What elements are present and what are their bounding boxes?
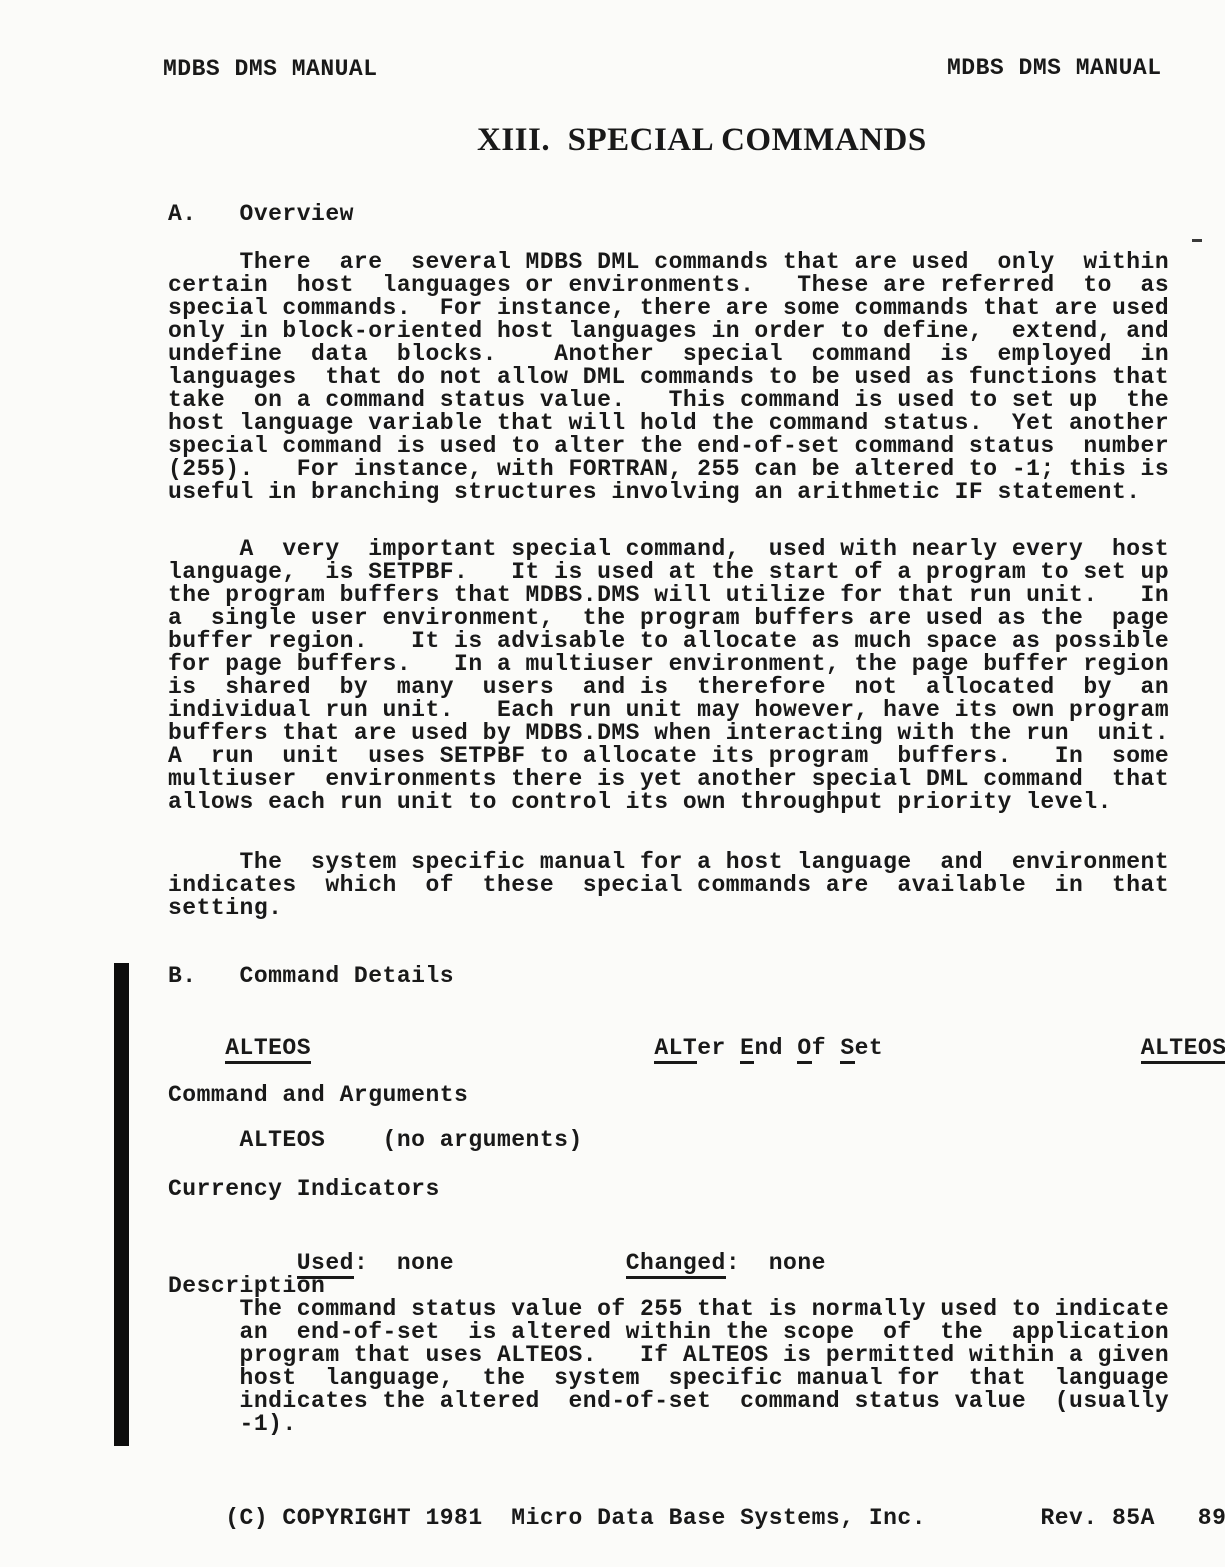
- command-and-arguments-label: Command and Arguments: [168, 1084, 468, 1107]
- currency-changed-label: Changed: [626, 1250, 726, 1279]
- footer-gap-2: [1155, 1505, 1198, 1531]
- chapter-title: XIII. SPECIAL COMMANDS: [477, 124, 927, 157]
- description-body: The command status value of 255 that is …: [168, 1298, 1169, 1436]
- section-a-heading: A. Overview: [168, 203, 354, 226]
- footer-copyright: (C) COPYRIGHT 1981 Micro Data Base Syste…: [225, 1505, 926, 1531]
- section-b-heading: B. Command Details: [168, 965, 454, 988]
- alteos-expansion-nd: nd: [754, 1035, 797, 1061]
- overview-paragraph-3: The system specific manual for a host la…: [168, 851, 1169, 920]
- alteos-expansion-f: f: [812, 1035, 841, 1061]
- alteos-command-header: ALTEOS ALTer End Of Set ALTEOS: [168, 1014, 1225, 1083]
- currency-changed-value: : none: [726, 1250, 826, 1276]
- overview-paragraph-1: There are several MDBS DML commands that…: [168, 251, 1169, 504]
- alteos-name-left: ALTEOS: [225, 1035, 311, 1064]
- description-label: Description: [168, 1275, 325, 1298]
- currency-indicators-label: Currency Indicators: [168, 1178, 440, 1201]
- footer-gap-1: [926, 1505, 1040, 1531]
- currency-used-value: : none: [354, 1250, 454, 1276]
- footer-revision: Rev. 85A: [1040, 1505, 1154, 1531]
- alteos-expansion-s: S: [840, 1035, 854, 1064]
- alteos-expansion-er: er: [697, 1035, 740, 1061]
- running-header-right: MDBS DMS MANUAL: [947, 57, 1162, 80]
- alteos-name-right: ALTEOS: [1141, 1035, 1225, 1064]
- alteos-expansion-e: E: [740, 1035, 754, 1064]
- alteos-expansion-alt: ALT: [654, 1035, 697, 1064]
- command-syntax-line: ALTEOS (no arguments): [168, 1129, 583, 1152]
- overview-paragraph-2: A very important special command, used w…: [168, 538, 1169, 814]
- alteos-expansion-et: et: [855, 1035, 884, 1061]
- page-footer: (C) COPYRIGHT 1981 Micro Data Base Syste…: [168, 1484, 1225, 1553]
- alteos-expansion-o: O: [797, 1035, 811, 1064]
- footer-page-number: 89: [1198, 1505, 1225, 1531]
- scan-artifact-dash: [1192, 239, 1202, 242]
- running-header-left: MDBS DMS MANUAL: [163, 58, 378, 81]
- alteos-gap-2: [883, 1035, 1140, 1061]
- manual-page: MDBS DMS MANUAL MDBS DMS MANUAL XIII. SP…: [0, 0, 1225, 1567]
- alteos-gap-1: [311, 1035, 654, 1061]
- currency-gap: [454, 1250, 626, 1276]
- revision-change-bar: [114, 963, 129, 1446]
